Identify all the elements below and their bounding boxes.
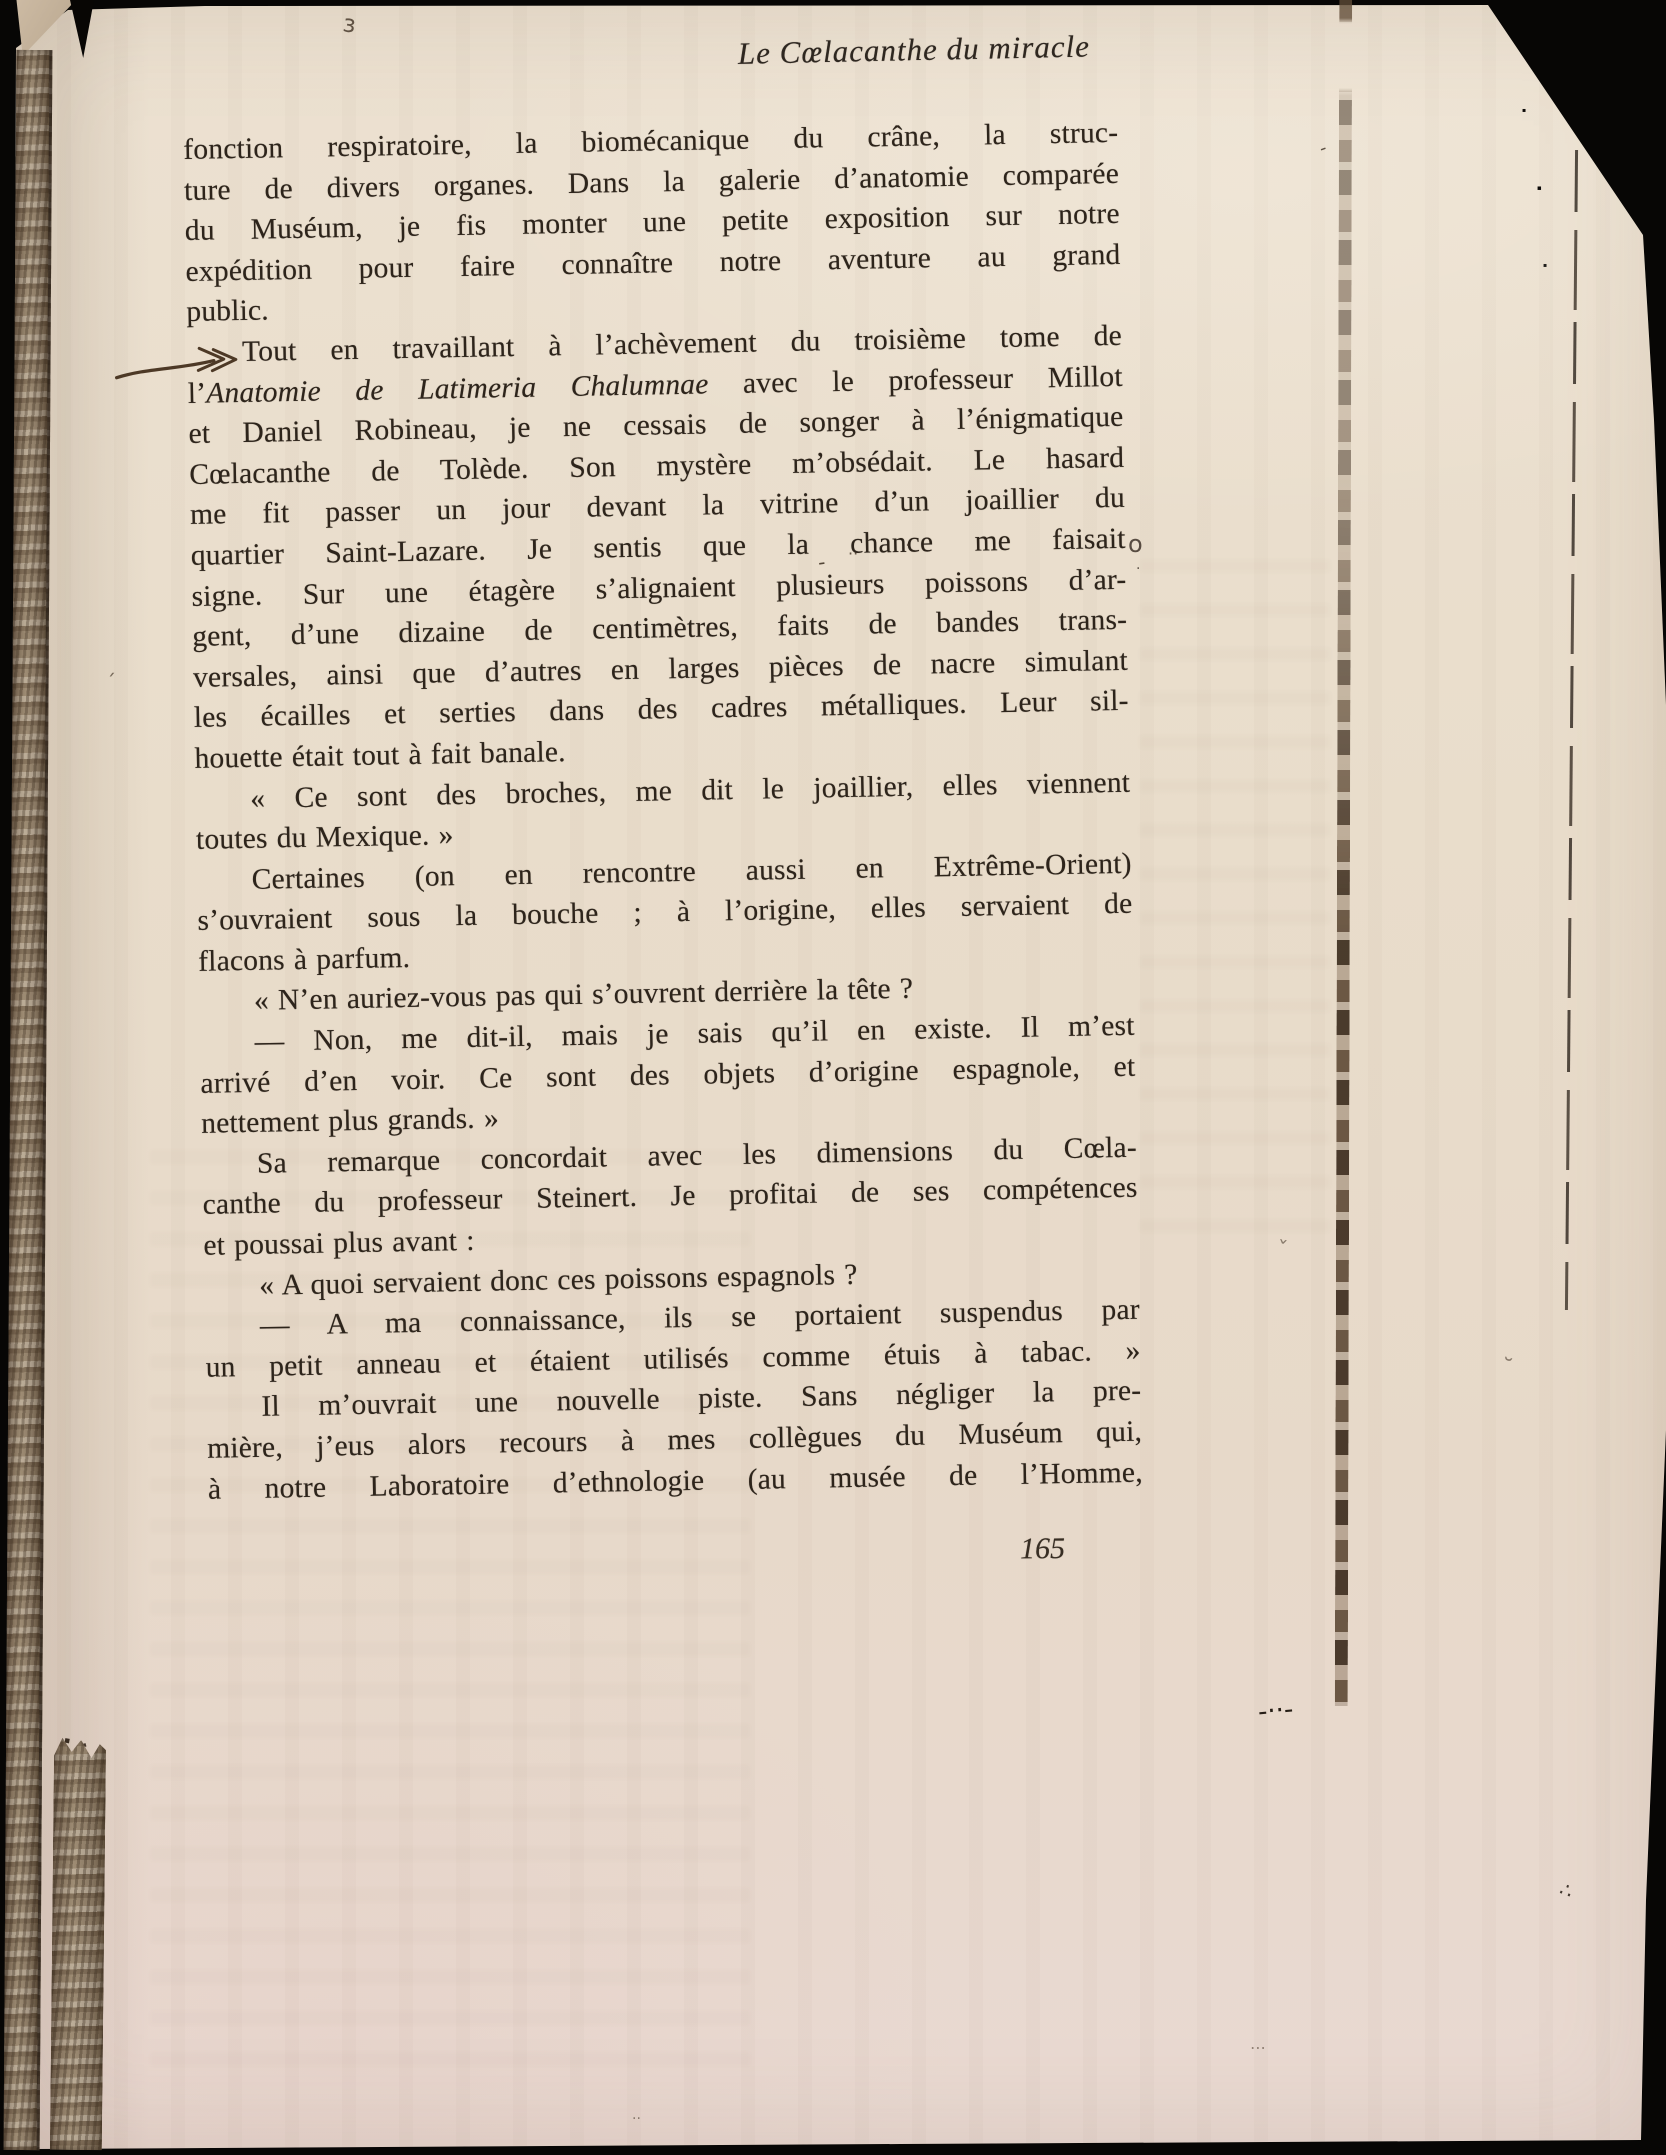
scan-speck: ˇ (1274, 1239, 1289, 1263)
text-block: fonction respiratoire, la biomécanique d… (183, 113, 1143, 1510)
scanned-book-page: { "page": { "header_title": "Le Cœlacant… (0, 0, 1666, 2155)
bleed-through-ghost-text (1140, 560, 1330, 1260)
page-number: 165 (1020, 1532, 1110, 1567)
scan-speck: ▪ (1510, 30, 1515, 38)
scan-speck: o (1128, 532, 1143, 556)
running-header-title: Le Cœlacanthe du miracle (560, 28, 1091, 75)
binding-tape-strip (50, 1736, 106, 2151)
scan-speck: ▪ (1543, 263, 1547, 269)
scan-speck: ·· (632, 2112, 641, 2126)
scan-speck: ⋯ (1250, 2040, 1266, 2056)
scan-speck: · (1136, 562, 1140, 576)
scan-speck: ˊ (106, 672, 116, 692)
scan-speck: ∴ (1557, 1878, 1576, 1901)
scan-speck: ▪ (1522, 108, 1526, 114)
scan-speck: -··- (1257, 1697, 1294, 1726)
paper-sheet: Le Cœlacanthe du miracle fonction respir… (0, 0, 1666, 2155)
scan-speck: ▪ (1537, 185, 1542, 192)
scan-speck: - (1317, 139, 1329, 158)
handwritten-arrow-icon (111, 336, 263, 392)
scan-speck: ɜ (341, 11, 357, 37)
scan-speck: ˘ (1497, 1355, 1515, 1381)
